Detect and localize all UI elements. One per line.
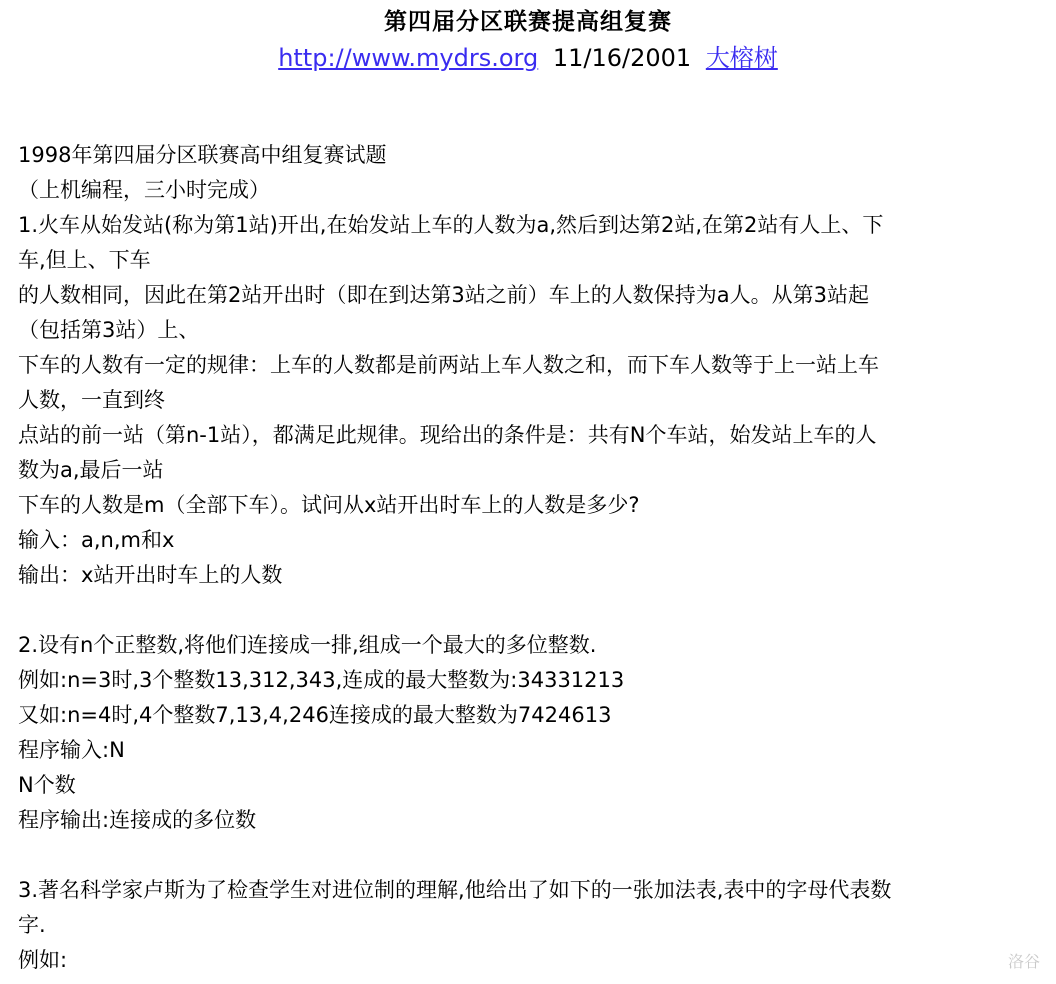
text-line: （包括第3站）上、 <box>18 313 1026 348</box>
header-date: 11/16/2001 <box>553 44 691 72</box>
text-line: 数为a,最后一站 <box>18 453 1026 488</box>
text-line: 车,但上、下车 <box>18 243 1026 278</box>
site-url-link[interactable]: http://www.mydrs.org <box>278 44 538 72</box>
text-line: 字. <box>18 908 1026 943</box>
header-line: http://www.mydrs.org 11/16/2001 大榕树 <box>0 42 1056 74</box>
text-line: 点站的前一站（第n-1站），都满足此规律。现给出的条件是：共有N个车站，始发站上… <box>18 418 1026 453</box>
text-line: 程序输入:N <box>18 733 1026 768</box>
text-line: 3.著名科学家卢斯为了检查学生对进位制的理解,他给出了如下的一张加法表,表中的字… <box>18 873 1026 908</box>
text-line: 例如:n=3时,3个整数13,312,343,连成的最大整数为:34331213 <box>18 663 1026 698</box>
blank-line <box>18 838 1026 873</box>
page-title: 第四届分区联赛提高组复赛 <box>0 6 1056 38</box>
text-line: 下车的人数有一定的规律：上车的人数都是前两站上车人数之和，而下车人数等于上一站上… <box>18 348 1026 383</box>
text-line: 2.设有n个正整数,将他们连接成一排,组成一个最大的多位整数. <box>18 628 1026 663</box>
text-line: 1.火车从始发站(称为第1站)开出,在始发站上车的人数为a,然后到达第2站,在第… <box>18 208 1026 243</box>
text-line: 的人数相同，因此在第2站开出时（即在到达第3站之前）车上的人数保持为a人。从第3… <box>18 278 1026 313</box>
text-line: 下车的人数是m（全部下车）。试问从x站开出时车上的人数是多少? <box>18 488 1026 523</box>
text-line: 程序输出:连接成的多位数 <box>18 803 1026 838</box>
text-line: 输出：x站开出时车上的人数 <box>18 558 1026 593</box>
blank-line <box>18 593 1026 628</box>
author-link[interactable]: 大榕树 <box>706 44 778 72</box>
text-line: 1998年第四届分区联赛高中组复赛试题 <box>18 138 1026 173</box>
text-line: 又如:n=4时,4个整数7,13,4,246连接成的最大整数为7424613 <box>18 698 1026 733</box>
text-line: 人数，一直到终 <box>18 383 1026 418</box>
text-line: N个数 <box>18 768 1026 803</box>
text-line: 输入：a,n,m和x <box>18 523 1026 558</box>
text-line: （上机编程，三小时完成） <box>18 173 1026 208</box>
document-body: 1998年第四届分区联赛高中组复赛试题（上机编程，三小时完成）1.火车从始发站(… <box>18 138 1026 978</box>
luogu-watermark: 洛谷 <box>1008 949 1040 972</box>
text-line: 例如: <box>18 943 1026 978</box>
